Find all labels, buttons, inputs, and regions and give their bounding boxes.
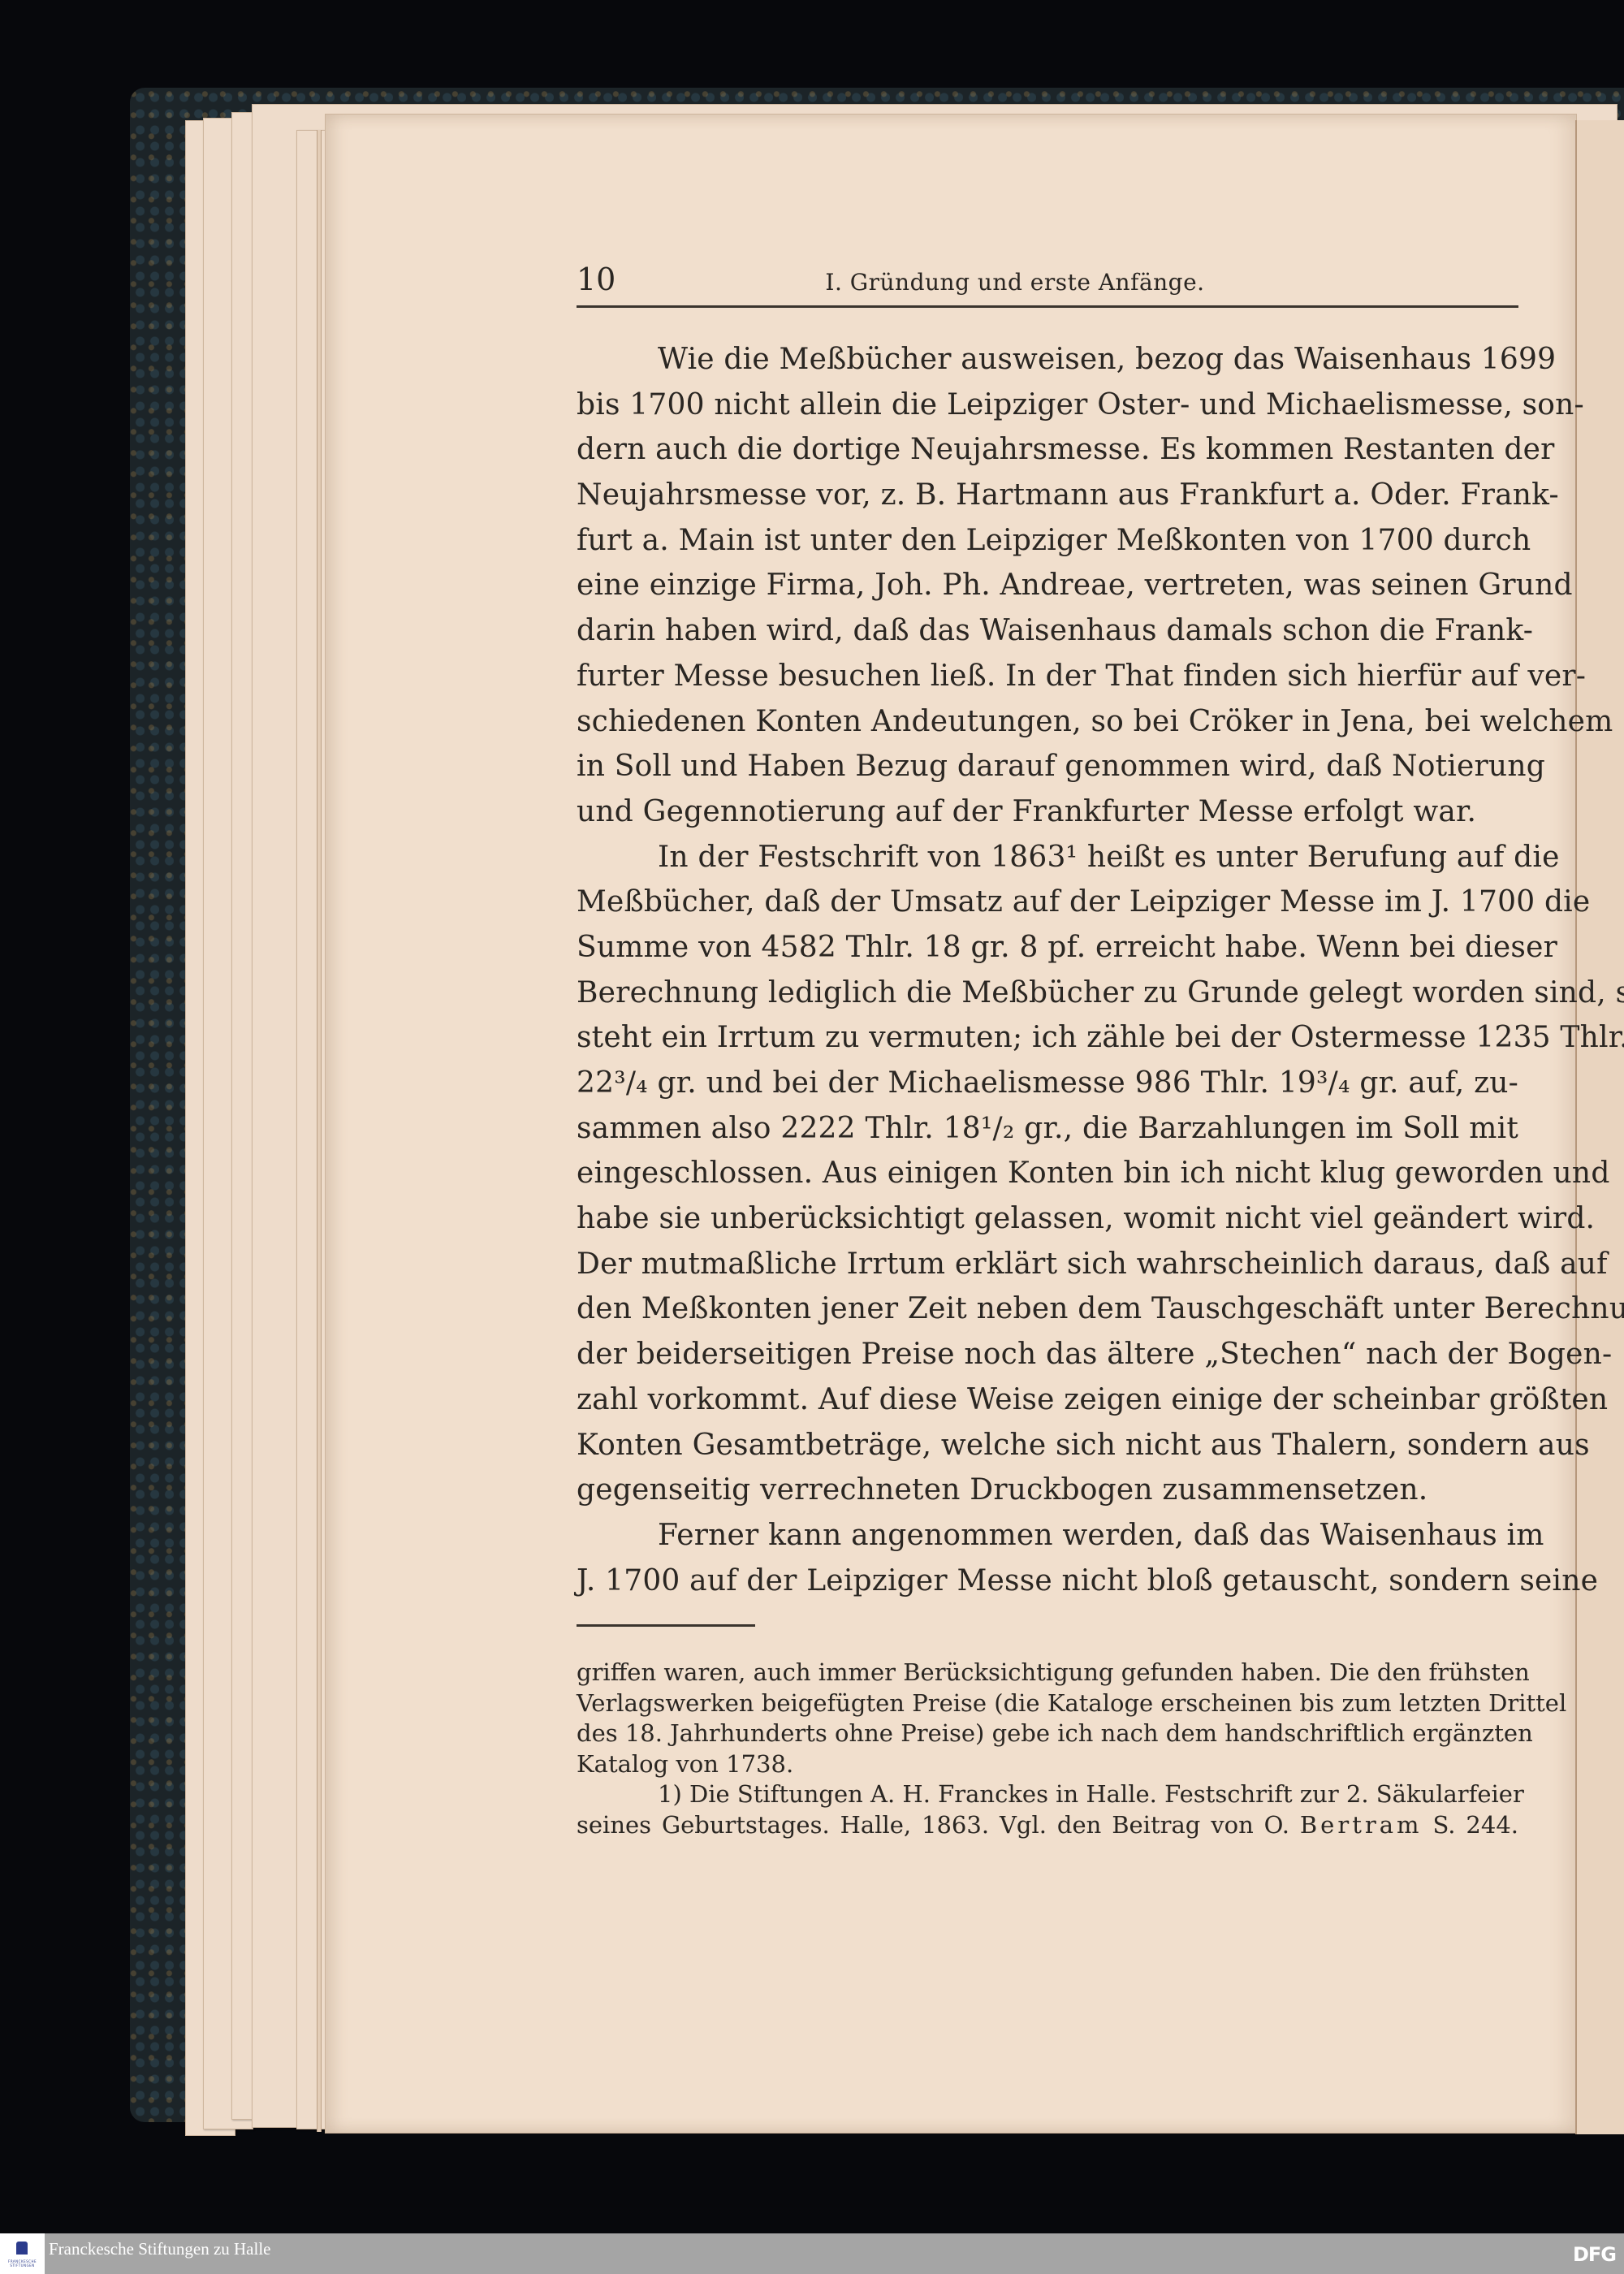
footnote-text: S. 244. (1423, 1811, 1518, 1839)
footnote-line: Verlagswerken beigefügten Preise (die Ka… (577, 1688, 1518, 1719)
text-line: steht ein Irrtum zu vermuten; ich zähle … (577, 1015, 1518, 1061)
text-line: Berechnung lediglich die Meßbücher zu Gr… (577, 971, 1518, 1016)
text-line: 22³/₄ gr. und bei der Michaelismesse 986… (577, 1061, 1518, 1106)
page-text: 10 I. Gründung und erste Anfänge. Wie di… (577, 262, 1518, 1840)
text-line: zahl vorkommt. Auf diese Weise zeigen ei… (577, 1377, 1518, 1423)
text-line: furt a. Main ist unter den Leipziger Meß… (577, 518, 1518, 564)
text-line: Ferner kann angenommen werden, daß das W… (577, 1513, 1518, 1559)
text-line: J. 1700 auf der Leipziger Messe nicht bl… (577, 1559, 1518, 1604)
text-line: schiedenen Konten Andeutungen, so bei Cr… (577, 699, 1518, 745)
text-line: dern auch die dortige Neujahrsmesse. Es … (577, 427, 1518, 473)
footnote-rule (577, 1624, 755, 1627)
text-line: sammen also 2222 Thlr. 18¹/₂ gr., die Ba… (577, 1106, 1518, 1152)
text-line: darin haben wird, daß das Waisenhaus dam… (577, 608, 1518, 654)
text-line: Summe von 4582 Thlr. 18 gr. 8 pf. erreic… (577, 925, 1518, 971)
text-line: den Meßkonten jener Zeit neben dem Tausc… (577, 1286, 1518, 1332)
page-number: 10 (577, 262, 674, 297)
page-header: 10 I. Gründung und erste Anfänge. (577, 262, 1518, 300)
logo-caption: FRANCKESCHE STIFTUNGEN (2, 2259, 43, 2268)
institution-name: Franckesche Stiftungen zu Halle (49, 2239, 271, 2259)
text-line: Wie die Meßbücher ausweisen, bezog das W… (577, 337, 1518, 383)
text-line: In der Festschrift von 1863¹ heißt es un… (577, 835, 1518, 880)
text-line: Konten Gesamtbeträge, welche sich nicht … (577, 1423, 1518, 1468)
text-line: habe sie unberücksichtigt gelassen, womi… (577, 1196, 1518, 1242)
footnote-line: griffen waren, auch immer Berücksichtigu… (577, 1658, 1518, 1688)
franckesche-stiftungen-logo[interactable]: FRANCKESCHE STIFTUNGEN (0, 2233, 45, 2274)
text-line: Neujahrsmesse vor, z. B. Hartmann aus Fr… (577, 473, 1518, 518)
body-text: Wie die Meßbücher ausweisen, bezog das W… (577, 337, 1518, 1603)
author-name: Bertram (1300, 1811, 1423, 1839)
text-line: Der mutmaßliche Irrtum erklärt sich wahr… (577, 1242, 1518, 1287)
footnote-text: seines Geburtstages. Halle, 1863. Vgl. d… (577, 1811, 1300, 1839)
text-line: der beiderseitigen Preise noch das älter… (577, 1332, 1518, 1377)
page-edge (317, 130, 322, 2132)
dfg-logo[interactable]: DFG (1573, 2243, 1616, 2266)
logo-figure-icon (16, 2242, 28, 2255)
running-title: I. Gründung und erste Anfänge. (674, 269, 1356, 296)
text-line: gegenseitig verrechneten Druckbogen zusa… (577, 1468, 1518, 1513)
header-rule (577, 305, 1518, 308)
text-line: Meßbücher, daß der Umsatz auf der Leipzi… (577, 880, 1518, 925)
footnote-1: 1) Die Stiftungen A. H. Franckes in Hall… (577, 1779, 1518, 1810)
text-line: bis 1700 nicht allein die Leipziger Oste… (577, 383, 1518, 428)
footnote-line: des 18. Jahrhunderts ohne Preise) gebe i… (577, 1718, 1518, 1749)
text-line: furter Messe besuchen ließ. In der That … (577, 654, 1518, 699)
facing-page-edge (1575, 120, 1624, 2134)
footnote-line: Katalog von 1738. (577, 1749, 1518, 1780)
footnotes: griffen waren, auch immer Berücksichtigu… (577, 1658, 1518, 1840)
text-line: eingeschlossen. Aus einigen Konten bin i… (577, 1151, 1518, 1196)
footer-bar: FRANCKESCHE STIFTUNGEN Franckesche Stift… (0, 2233, 1624, 2274)
footnote-1-cont: seines Geburtstages. Halle, 1863. Vgl. d… (577, 1810, 1518, 1841)
text-line: und Gegennotierung auf der Frankfurter M… (577, 789, 1518, 835)
text-line: eine einzige Firma, Joh. Ph. Andreae, ve… (577, 563, 1518, 608)
text-line: in Soll und Haben Bezug darauf genommen … (577, 744, 1518, 789)
